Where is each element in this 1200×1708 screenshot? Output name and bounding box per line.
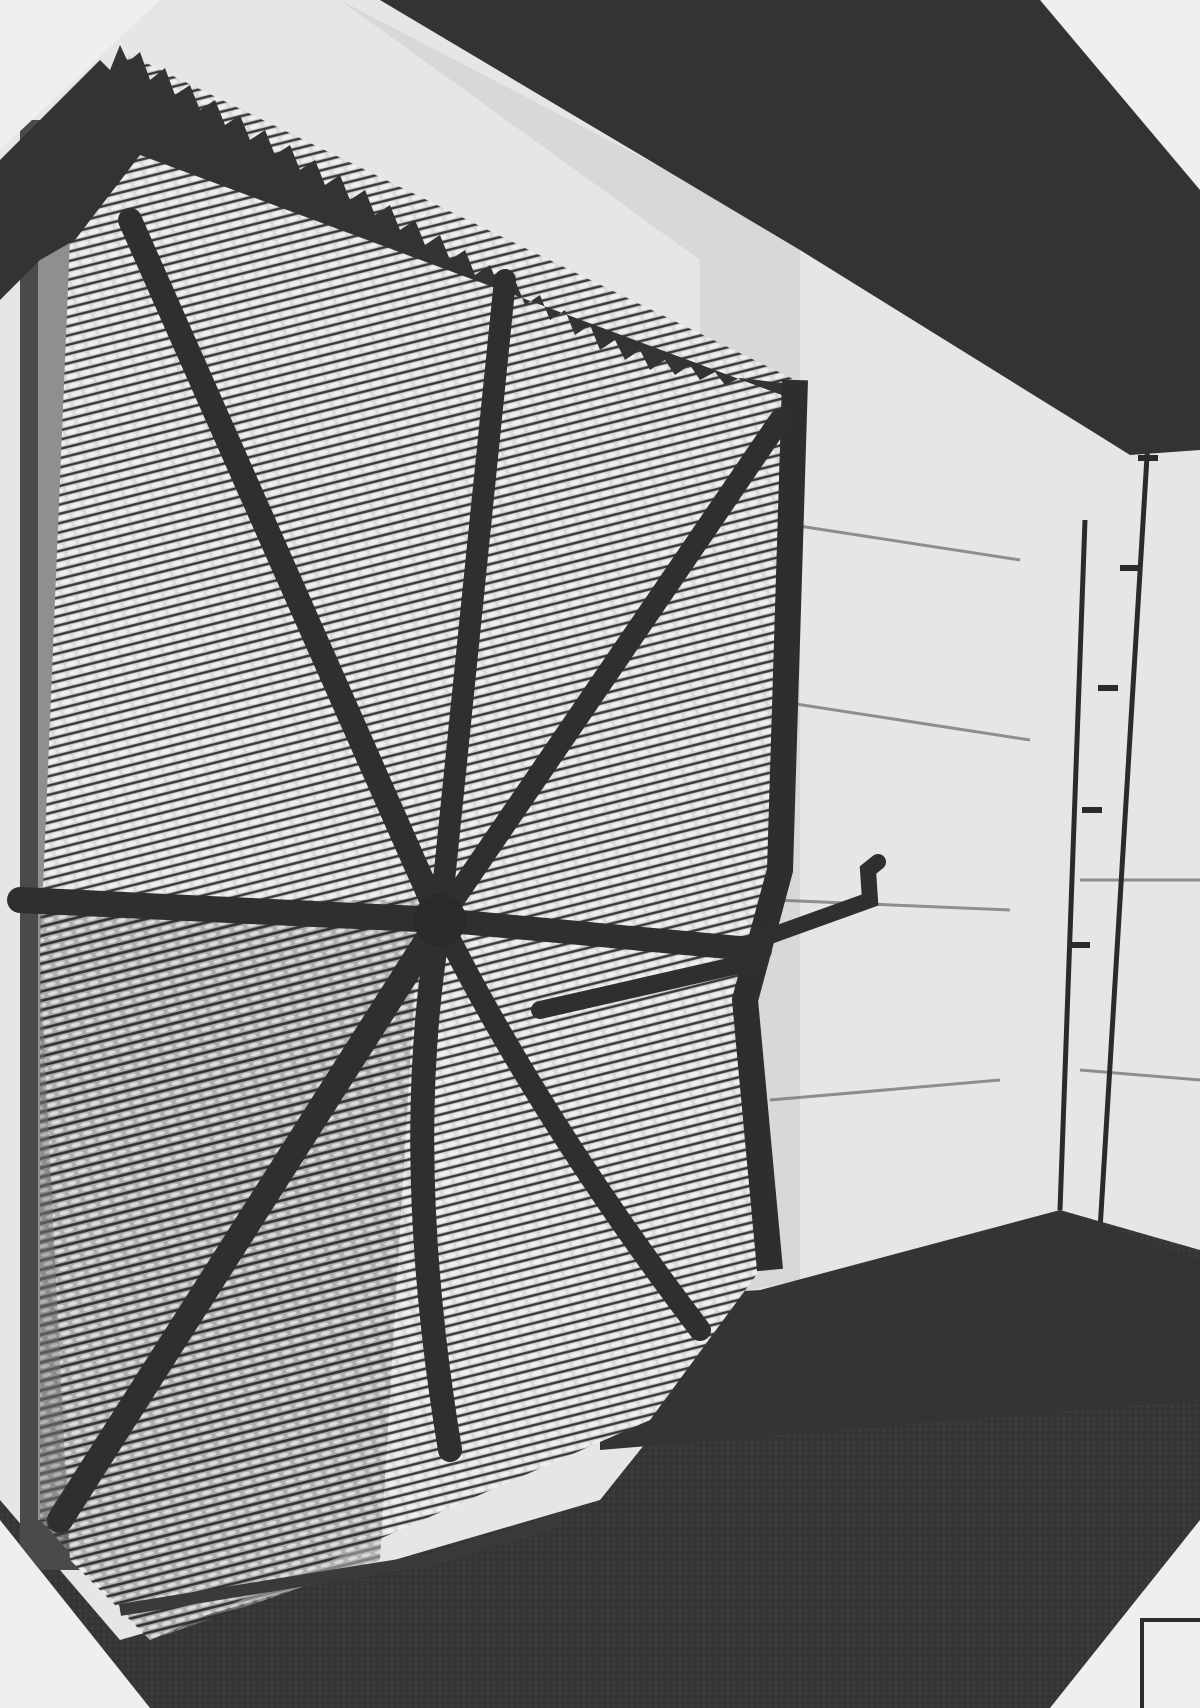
photograph	[0, 0, 1200, 1708]
bar-hub	[414, 894, 466, 946]
photo-content	[0, 0, 1200, 1708]
